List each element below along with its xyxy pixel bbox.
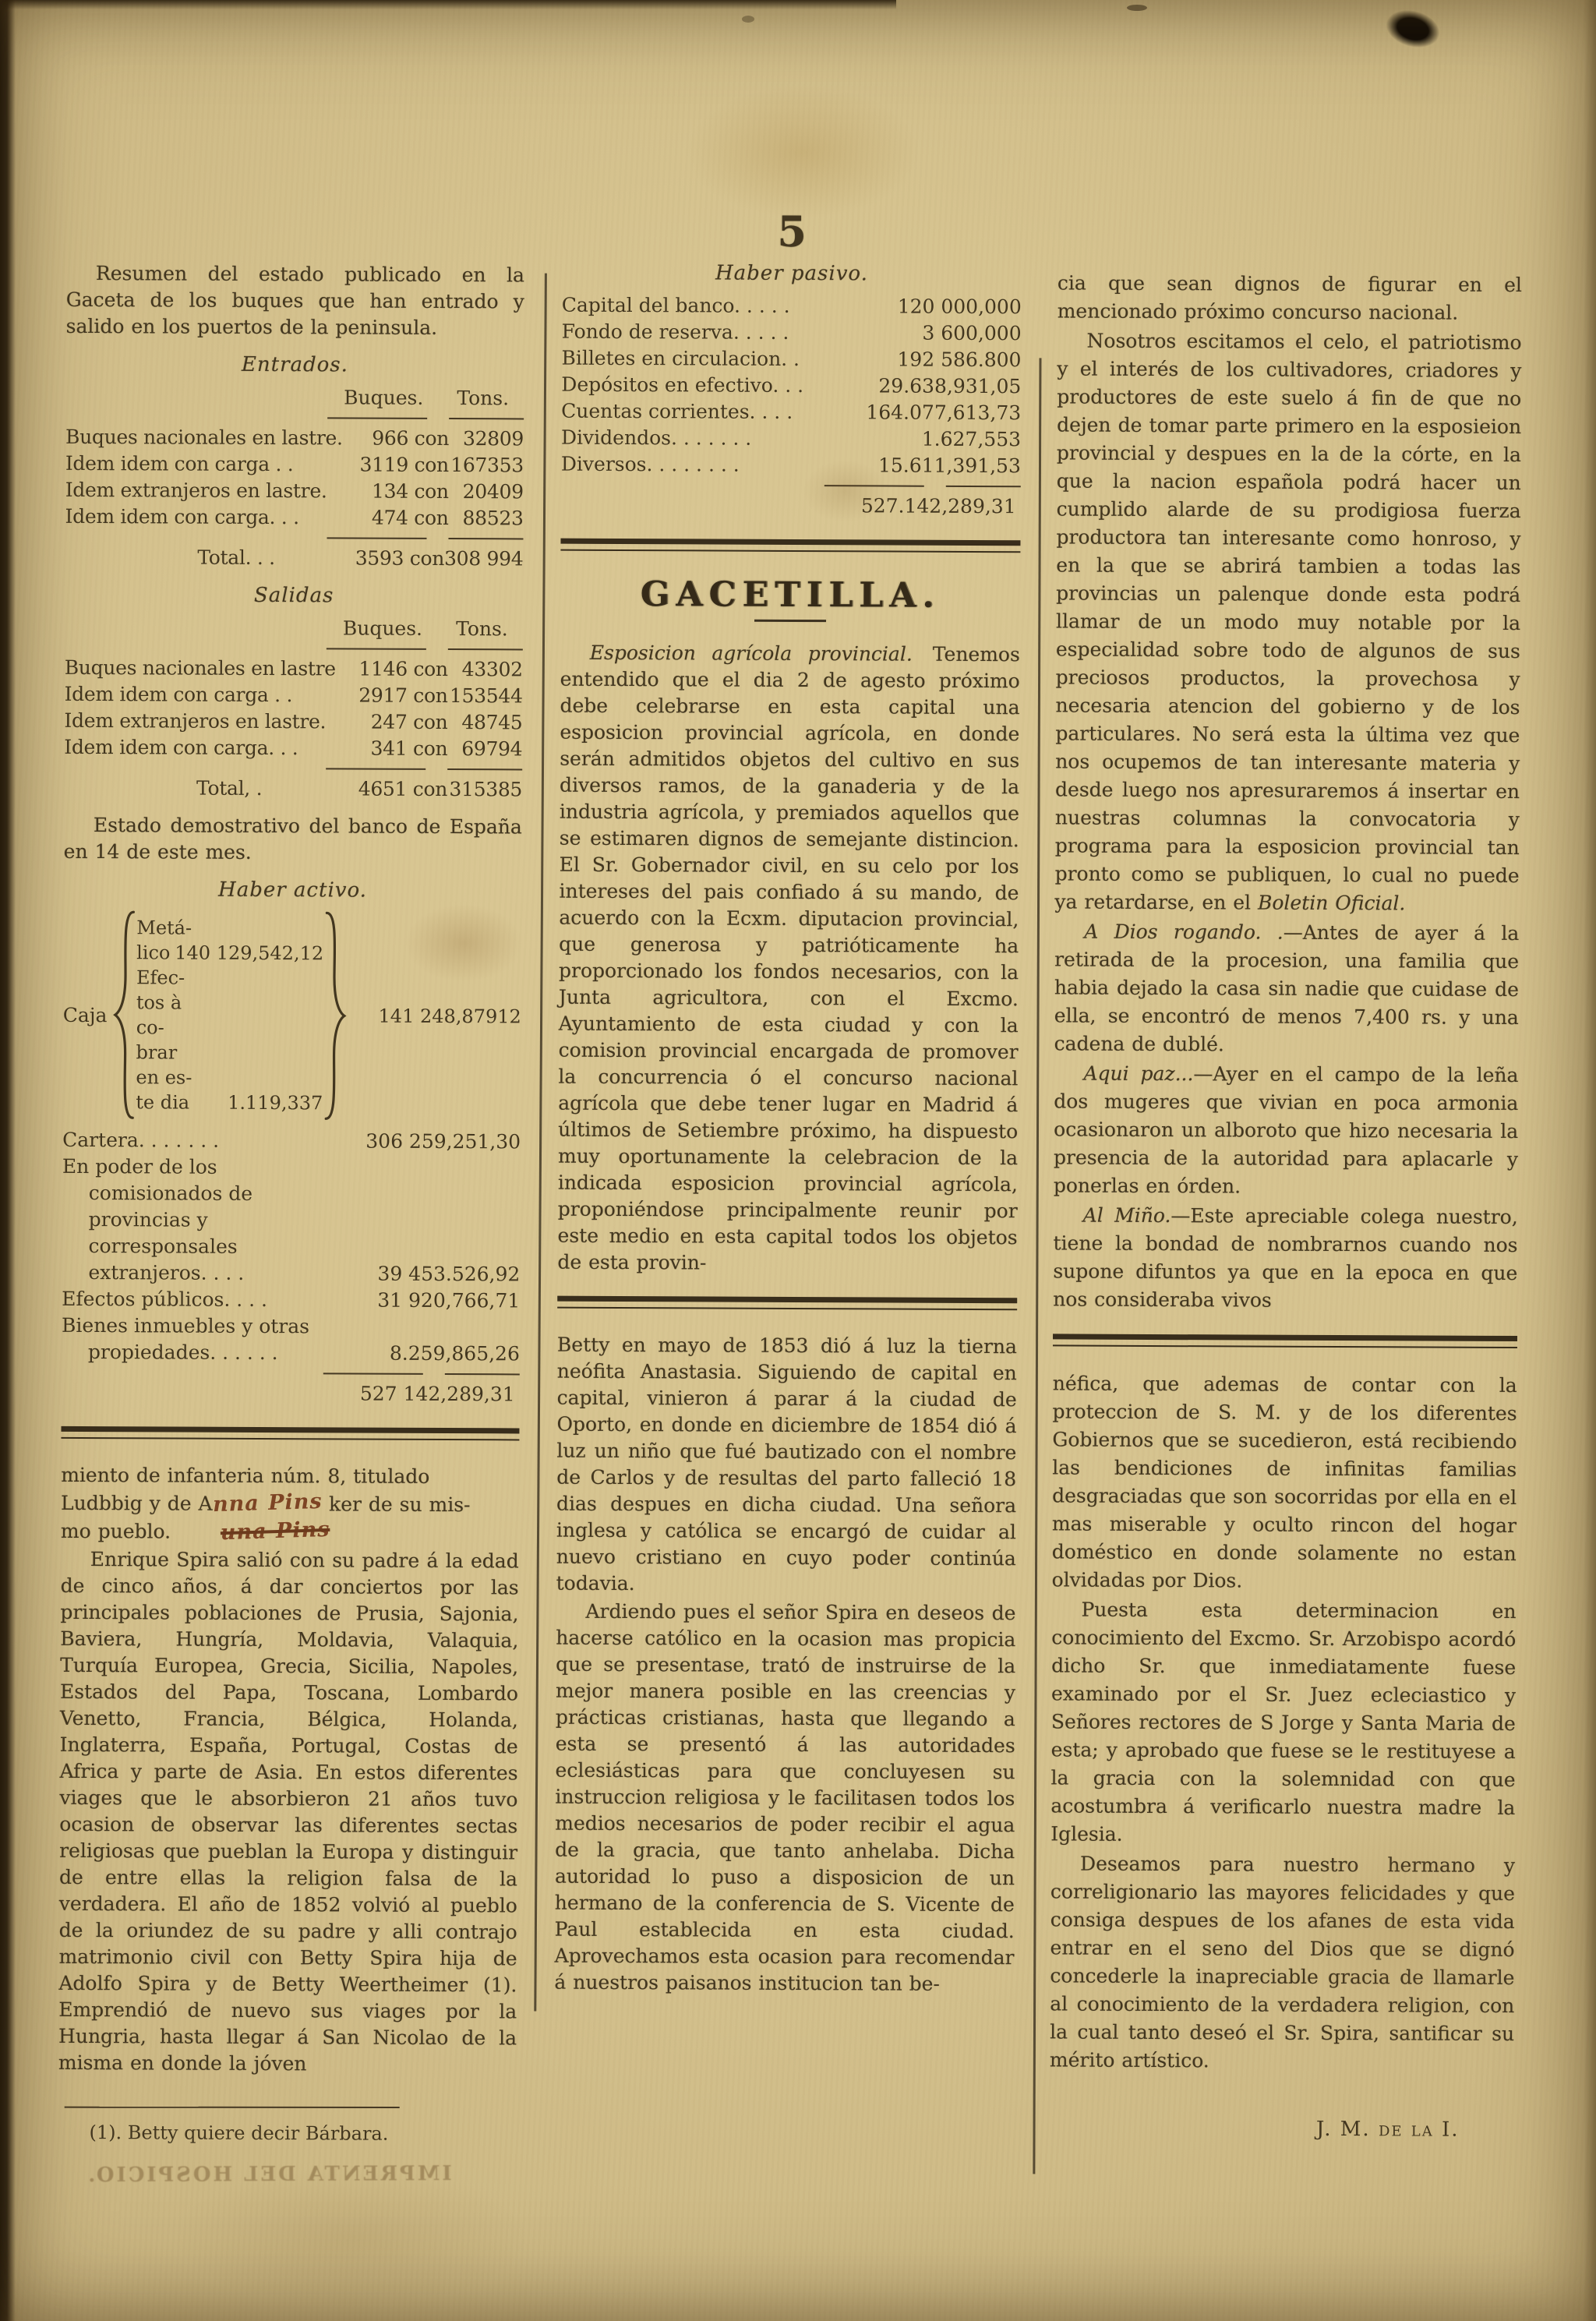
total-label: Total. . .: [65, 544, 352, 572]
caja-line-text: co-: [136, 1015, 164, 1040]
column-header-tons: Tons.: [442, 385, 524, 412]
caja-line: en es-: [136, 1065, 323, 1090]
table-row: Buques nacionales en lastre. 966 con 328…: [65, 424, 524, 453]
entradas-table-header: Buques. Tons.: [65, 383, 524, 412]
section-divider-rule: [1053, 1334, 1517, 1348]
caja-line: lico140 129,542,12: [136, 940, 323, 966]
column-header-buques: Buques.: [325, 384, 442, 412]
column-header-tons: Tons.: [441, 616, 523, 642]
cell-tons: 153544: [448, 683, 523, 709]
cell-amount: 39 453.526,92: [352, 1261, 520, 1288]
caja-line: Metá-: [136, 915, 323, 941]
caja-label: Caja: [63, 1003, 113, 1026]
printed-text: mo pueblo.: [61, 1520, 171, 1543]
gacetilla-article: Esposicion agrícola provincial.Tenemos e…: [557, 640, 1020, 1278]
ardiendo-paragraph: Ardiendo pues el señor Spira en deseos d…: [554, 1599, 1015, 1998]
rule-segment: [447, 768, 522, 770]
cell-tons: 167353: [449, 452, 524, 479]
boletin-oficial-italic: Boletin Oficial.: [1258, 892, 1405, 915]
row-label: Buques nacionales en lastre.: [65, 424, 357, 452]
salidas-heading: Salidas: [65, 583, 523, 609]
table-row: Idem extranjeros en lastre. 134 con 2040…: [65, 477, 524, 506]
table-row: En poder de los comisionados de provinci…: [62, 1153, 521, 1288]
cell-buques: 966 con: [357, 426, 449, 453]
table-row: Idem idem con carga . . 2917 con 153544: [65, 681, 523, 710]
printed-text: ker de su mis-: [322, 1493, 471, 1516]
caja-line-amount: 140 129,542,12: [175, 941, 323, 966]
cell-tons: 48745: [447, 709, 522, 736]
table-row: Idem idem con carga. . . 341 con 69794: [64, 734, 522, 763]
table-row: Diversos. . . . . . . . 15.611,391,53: [561, 451, 1021, 480]
continuation-line-with-handwriting: Ludbbig y de Anna Pins ker de su mis-: [61, 1490, 519, 1519]
row-label: Fondo de reserva. . . . .: [562, 319, 854, 347]
section-divider-rule: [560, 539, 1020, 553]
news-item: A Dios rogando. .—Antes de ayer á la ret…: [1054, 917, 1520, 1060]
article-continuation-paragraph: cia que sean dignos de figurar en el men…: [1058, 269, 1522, 327]
haber-pasivo-heading: Haber pasivo.: [562, 261, 1022, 287]
total-label: Total, .: [64, 775, 355, 803]
cell-buques: 2917 con: [356, 683, 448, 710]
news-item-lead: Aqui paz...: [1083, 1062, 1193, 1086]
caja-brace-group: Caja Metá- lico140 129,542,12 Efec- tos …: [62, 909, 521, 1123]
shipping-summary-intro: Resumen del estado publicado en la Gacet…: [66, 260, 524, 342]
table-row: Depósitos en efectivo. . . 29.638,931,05: [561, 372, 1021, 401]
table-row: Billetes en circulacion. . 192 586.800: [561, 345, 1021, 374]
row-label: Idem idem con carga . .: [65, 681, 356, 709]
pasivo-total: 527.142,289,31: [561, 492, 1021, 521]
total-overline: [64, 767, 522, 771]
rule-segment: [445, 1373, 520, 1375]
newspaper-page-scan: Resumen del estado publicado en la Gacet…: [0, 0, 1596, 2321]
row-label: Idem extranjeros en lastre.: [65, 477, 357, 505]
news-item: Aqui paz...—Ayer en el campo de la leña …: [1054, 1059, 1519, 1202]
column-divider-left: [534, 274, 546, 2012]
row-label: Bienes inmuebles y otras propiedades. . …: [62, 1312, 352, 1367]
table-row: Bienes inmuebles y otras propiedades. . …: [62, 1312, 520, 1368]
header-underline: [65, 647, 523, 651]
cell-amount: 306 259,251,30: [353, 1129, 521, 1156]
spacer: [65, 614, 324, 641]
caja-total: 141 248,87912: [347, 1005, 521, 1027]
cell-tons: 32809: [449, 426, 524, 452]
row-label: En poder de los comisionados de provinci…: [62, 1153, 353, 1288]
row-label: Diversos. . . . . . . .: [561, 451, 853, 479]
cell-tons: 88523: [449, 505, 524, 532]
cell-amount: 31 920,766,71: [352, 1288, 520, 1315]
section-divider-rule: [61, 1426, 519, 1441]
right-column: cia que sean dignos de figurar en el men…: [1050, 269, 1522, 2142]
caja-line-amount: 1.119,337: [228, 1090, 323, 1116]
caja-line: brar: [136, 1040, 323, 1065]
row-label: Capital del banco. . . . .: [562, 292, 854, 320]
cell-buques: 3119 con: [357, 452, 449, 479]
caja-line: Efec-: [136, 965, 323, 991]
cell-buques: 341 con: [355, 736, 447, 763]
footnote: (1). Betty quiere decir Bárbara.: [58, 2120, 516, 2147]
rule-segment: [448, 648, 523, 650]
cell-buques: 134 con: [357, 479, 449, 506]
cell-buques: 474 con: [357, 505, 449, 532]
middle-column: 5 Haber pasivo. Capital del banco. . . .…: [554, 208, 1022, 2000]
caja-line-text: lico: [136, 940, 170, 965]
row-label: Idem extranjeros en lastre.: [64, 708, 355, 736]
masthead-rule: [754, 620, 826, 622]
salidas-total-row: Total, . 4651 con 315385: [64, 775, 522, 804]
cell-amount: 164.077,613,73: [853, 399, 1021, 426]
table-row: Idem extranjeros en lastre. 247 con 4874…: [64, 708, 522, 737]
left-column: Resumen del estado publicado en la Gacet…: [58, 260, 524, 2188]
continuation-line: miento de infanteria núm. 8, titulado: [61, 1462, 519, 1491]
total-buques: 4651 con: [355, 776, 447, 804]
total-overline: [561, 484, 1021, 488]
continuation-line-with-struck-handwriting: mo pueblo.una Pins: [61, 1518, 519, 1547]
cell-amount: 120 000,000: [854, 293, 1022, 320]
news-item-lead: Al Miño.: [1083, 1204, 1171, 1227]
rule-segment: [323, 1372, 423, 1375]
cell-tons: 43302: [448, 656, 523, 683]
cell-buques: 247 con: [355, 709, 447, 737]
caja-line-text: te dia: [136, 1090, 189, 1115]
row-label: Idem idem con carga. . .: [64, 734, 355, 762]
handwritten-annotation-struck: una Pins: [221, 1517, 331, 1546]
puesta-paragraph: Puesta esta determinacion en conocimient…: [1050, 1595, 1516, 1850]
spira-biography-paragraph: Enrique Spira salió con su padre á la ed…: [58, 1546, 519, 2079]
total-tons: 308 994: [444, 546, 523, 572]
rule-segment: [327, 537, 426, 539]
ghost-imprint-showthrough: IMPRENTA DEL HOSPICIO.: [86, 2162, 451, 2187]
cell-amount: 3 600,000: [854, 320, 1022, 347]
page-number: 5: [562, 208, 1022, 256]
right-brace-icon: [323, 910, 347, 1122]
article-title-esposicion: Esposicion agrícola provincial.: [590, 641, 913, 666]
salidas-table-header: Buques. Tons.: [65, 614, 523, 643]
haber-activo-heading: Haber activo.: [63, 878, 521, 903]
rule-segment: [327, 648, 426, 650]
cell-amount: 15.611,391,53: [853, 452, 1021, 479]
table-row: Buques nacionales en lastre 1146 con 433…: [65, 655, 523, 684]
header-underline: [65, 416, 524, 420]
news-item-lead: A Dios rogando. .: [1084, 920, 1284, 944]
cell-amount: 29.638,931,05: [853, 373, 1021, 400]
handwritten-annotation: nna Pins: [212, 1489, 323, 1518]
betty-paragraph: Betty en mayo de 1853 dió á luz la tiern…: [556, 1332, 1017, 1599]
activo-total: 527 142,289,31: [62, 1380, 520, 1408]
column-header-buques: Buques.: [324, 615, 441, 642]
cell-amount: 8.259,865,26: [352, 1341, 520, 1368]
caja-sublines: Metá- lico140 129,542,12 Efec- tos à co-…: [136, 913, 323, 1117]
cell-amount: 1.627,553: [853, 426, 1021, 453]
row-label: Cartera. . . . . . .: [62, 1127, 353, 1155]
caja-line-text: Efec-: [136, 965, 185, 990]
section-divider-rule: [557, 1296, 1017, 1311]
column-divider-right: [1033, 358, 1041, 2174]
row-label: Efectos públicos. . . .: [62, 1286, 352, 1314]
row-label: Dividendos. . . . . . .: [561, 425, 853, 453]
footnote-rule: [65, 2107, 400, 2108]
table-row: Idem idem con carga . . 3119 con 167353: [65, 450, 524, 479]
table-row: Idem idem con carga. . . 474 con 88523: [65, 503, 524, 532]
caja-line-text: en es-: [136, 1065, 192, 1090]
author-signature: J. M. de la I.: [1050, 2116, 1514, 2142]
table-row: Cartera. . . . . . . 306 259,251,30: [62, 1127, 521, 1156]
cell-tons: 69794: [447, 736, 522, 762]
nefica-continuation-paragraph: néfica, que ademas de contar con la prot…: [1052, 1369, 1517, 1596]
total-overline: [65, 536, 523, 540]
paragraph-text: Nosotros escitamos el celo, el patriotis…: [1054, 330, 1521, 914]
row-label: Billetes en circulacion. .: [561, 345, 853, 373]
entradas-heading: Entrados.: [65, 352, 524, 378]
caja-line: co-: [136, 1015, 323, 1040]
rule-segment: [824, 485, 924, 487]
printed-text: Ludbbig y de A: [61, 1492, 213, 1515]
left-brace-icon: [112, 909, 136, 1121]
row-label: Idem idem con carga. . .: [65, 503, 357, 532]
entradas-total-row: Total. . . 3593 con 308 994: [65, 544, 523, 573]
rule-segment: [449, 418, 524, 419]
total-buques: 3593 con: [352, 545, 444, 572]
row-label: Cuentas corrientes. . . .: [561, 398, 853, 426]
nosotros-paragraph: Nosotros escitamos el celo, el patriotis…: [1054, 327, 1521, 918]
rule-segment: [326, 768, 425, 770]
caja-line: tos à: [136, 990, 323, 1016]
spacer: [65, 383, 325, 411]
cell-buques: 1146 con: [356, 656, 448, 684]
page-content: Resumen del estado publicado en la Gacet…: [0, 0, 1596, 2321]
table-row: Capital del banco. . . . . 120 000,000: [562, 292, 1022, 321]
total-tons: 315385: [447, 776, 522, 803]
rule-segment: [946, 486, 1021, 487]
table-row: Cuentas corrientes. . . . 164.077,613,73: [561, 398, 1021, 427]
caja-line-text: tos à: [136, 990, 182, 1015]
gacetilla-masthead: GACETILLA.: [560, 574, 1020, 616]
article-body-text: Tenemos entendido que el dia 2 de agesto…: [557, 643, 1020, 1274]
banco-estado-intro: Estado demostrativo del banco de España …: [64, 812, 522, 867]
row-label: Idem idem con carga . .: [65, 450, 357, 479]
table-row: Efectos públicos. . . . 31 920,766,71: [62, 1286, 520, 1315]
deseamos-paragraph: Deseamos para nuestro hermano y correlig…: [1050, 1849, 1515, 2076]
caja-line-text: brar: [136, 1040, 178, 1065]
table-row: Fondo de reserva. . . . . 3 600,000: [562, 319, 1022, 348]
rule-segment: [327, 417, 427, 419]
news-item: Al Miño.—Este apreciable colega nuestro,…: [1053, 1201, 1518, 1316]
table-row: Dividendos. . . . . . . 1.627,553: [561, 425, 1021, 454]
caja-line-text: Metá-: [136, 915, 192, 940]
row-label: Buques nacionales en lastre: [65, 655, 356, 683]
cell-amount: 192 586.800: [853, 346, 1021, 373]
rule-segment: [448, 538, 523, 539]
total-overline: [62, 1372, 520, 1376]
caja-line: te dia1.119,337: [136, 1090, 323, 1115]
cell-tons: 20409: [449, 479, 524, 505]
row-label: Depósitos en efectivo. . .: [561, 372, 853, 400]
